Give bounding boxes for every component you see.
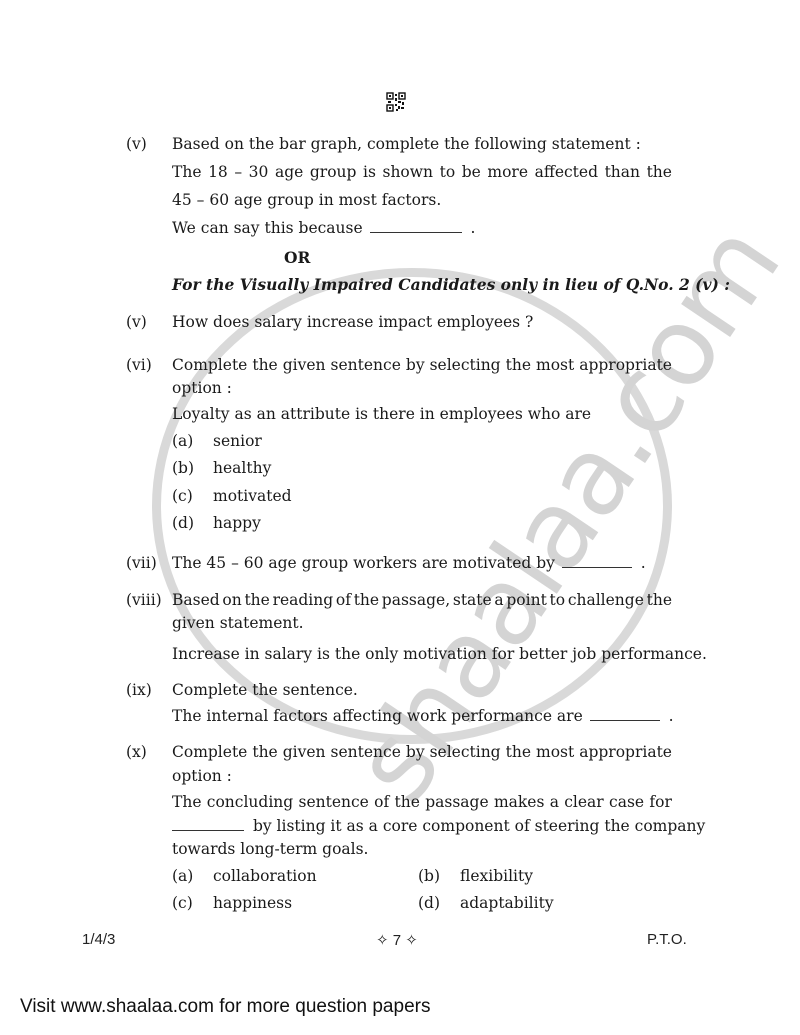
word: Complete <box>172 356 247 374</box>
visit-banner[interactable]: Visit www.shaalaa.com for more question … <box>20 996 430 1018</box>
completion-line: We can say this because . <box>172 219 475 237</box>
option-label: (d) <box>418 894 440 912</box>
word: age <box>275 163 303 181</box>
word: Based <box>172 591 220 609</box>
word: passage <box>425 793 488 811</box>
word: 30 <box>249 163 269 181</box>
word: given <box>283 356 326 374</box>
word: challenge <box>568 591 644 609</box>
word: the <box>244 591 269 609</box>
pto-label: P.T.O. <box>647 931 687 948</box>
question-stem-line-1: Theconcludingsentenceofthepassagemakesac… <box>172 793 672 811</box>
word: by <box>406 743 425 761</box>
or-label: OR <box>284 248 310 267</box>
word: selecting <box>430 743 501 761</box>
option-text[interactable]: happy <box>213 514 261 532</box>
option-text[interactable]: senior <box>213 432 262 450</box>
answer-blank[interactable] <box>562 566 632 568</box>
question-number: (x) <box>126 743 147 761</box>
word: most <box>536 356 574 374</box>
word: sentence <box>299 793 369 811</box>
question-prompt-line-2: option : <box>172 767 232 785</box>
answer-blank[interactable] <box>172 829 244 831</box>
question-prompt: Complete the sentence. <box>172 681 358 699</box>
question-text-line: The internal factors affecting work perf… <box>172 707 674 725</box>
word: case <box>609 793 644 811</box>
word: sentence <box>331 356 401 374</box>
word: appropriate <box>579 743 672 761</box>
question-prompt-line-2: given statement. <box>172 614 304 632</box>
word: the <box>647 591 672 609</box>
word: of <box>336 591 351 609</box>
option-label: (a) <box>172 432 193 450</box>
option-label: (b) <box>418 867 440 885</box>
word: reading <box>273 591 334 609</box>
word: a <box>494 591 503 609</box>
word: more <box>487 163 528 181</box>
word: The <box>172 793 202 811</box>
option-label: (c) <box>172 487 193 505</box>
question-number: (vi) <box>126 356 152 374</box>
completion-suffix: . <box>471 219 476 237</box>
question-number: (viii) <box>126 591 162 609</box>
word: the <box>252 356 277 374</box>
question-number: (v) <box>126 135 147 153</box>
word: by <box>406 356 425 374</box>
option-text[interactable]: adaptability <box>460 894 554 912</box>
word: to <box>550 591 566 609</box>
option-label: (a) <box>172 867 193 885</box>
option-label: (b) <box>172 459 194 477</box>
page-number: ✧ 7 ✧ <box>376 931 418 949</box>
question-number: (vii) <box>126 554 157 572</box>
question-prompt-line-1: Completethegivensentencebyselectingthemo… <box>172 356 672 374</box>
option-text[interactable]: motivated <box>213 487 292 505</box>
question-text: The 45 – 60 age group workers are motiva… <box>172 554 555 572</box>
word: affected <box>535 163 598 181</box>
word: – <box>234 163 242 181</box>
word: the <box>647 163 672 181</box>
option-label: (c) <box>172 894 193 912</box>
word: for <box>649 793 671 811</box>
question-stem-line-3: towards long-term goals. <box>172 840 368 858</box>
question-prompt-line-1: Basedonthereadingofthepassage,stateapoin… <box>172 591 672 609</box>
word: of <box>374 793 389 811</box>
word: most <box>536 743 574 761</box>
word: the <box>354 591 379 609</box>
word: sentence <box>331 743 401 761</box>
word: the <box>395 793 420 811</box>
word: selecting <box>430 356 501 374</box>
word: to <box>440 163 456 181</box>
completion-prefix: We can say this because <box>172 219 363 237</box>
word: be <box>462 163 481 181</box>
given-statement: Increase in salary is the only motivatio… <box>172 645 707 663</box>
question-number: (v) <box>126 313 147 331</box>
word: makes <box>494 793 544 811</box>
question-number: (ix) <box>126 681 152 699</box>
question-text: How does salary increase impact employee… <box>172 313 533 331</box>
word: appropriate <box>579 356 672 374</box>
word: Complete <box>172 743 247 761</box>
visually-impaired-heading: For the Visually Impaired Candidates onl… <box>172 275 730 294</box>
word: shown <box>383 163 434 181</box>
word: The <box>172 163 202 181</box>
option-label: (d) <box>172 514 194 532</box>
word: the <box>252 743 277 761</box>
option-text[interactable]: healthy <box>213 459 271 477</box>
word: given <box>283 743 326 761</box>
word: than <box>605 163 640 181</box>
statement-line-1: The18–30agegroupisshowntobemoreaffectedt… <box>172 163 672 181</box>
word: the <box>506 356 531 374</box>
question-prompt-line-2: option : <box>172 379 232 397</box>
question-prompt: Based on the bar graph, complete the fol… <box>172 135 641 153</box>
question-prompt-line-1: Completethegivensentencebyselectingthemo… <box>172 743 672 761</box>
question-stem: Loyalty as an attribute is there in empl… <box>172 405 591 423</box>
exam-page: shaalaa.com (v) Based on the bar graph, … <box>0 0 800 1035</box>
qr-code-icon <box>386 92 406 112</box>
word: a <box>550 793 559 811</box>
word: passage, <box>382 591 450 609</box>
word: point <box>506 591 546 609</box>
word: the <box>506 743 531 761</box>
question-stem-line-2: by listing it as a core component of ste… <box>172 817 705 835</box>
word: clear <box>564 793 603 811</box>
question-suffix: . <box>641 554 646 572</box>
option-text[interactable]: happiness <box>213 894 292 912</box>
statement-line-2: 45 – 60 age group in most factors. <box>172 191 441 209</box>
word: concluding <box>207 793 293 811</box>
word: 18 <box>208 163 228 181</box>
option-text[interactable]: flexibility <box>460 867 533 885</box>
paper-code: 1/4/3 <box>82 931 115 948</box>
word: on <box>222 591 241 609</box>
word: group <box>310 163 357 181</box>
stem-text: by listing it as a core component of ste… <box>253 817 705 835</box>
answer-blank[interactable] <box>370 231 462 233</box>
option-text[interactable]: collaboration <box>213 867 317 885</box>
question-text: The internal factors affecting work perf… <box>172 707 583 725</box>
word: is <box>363 163 376 181</box>
answer-blank[interactable] <box>590 719 660 721</box>
word: state <box>453 591 492 609</box>
question-suffix: . <box>669 707 674 725</box>
question-text-line: The 45 – 60 age group workers are motiva… <box>172 554 646 572</box>
